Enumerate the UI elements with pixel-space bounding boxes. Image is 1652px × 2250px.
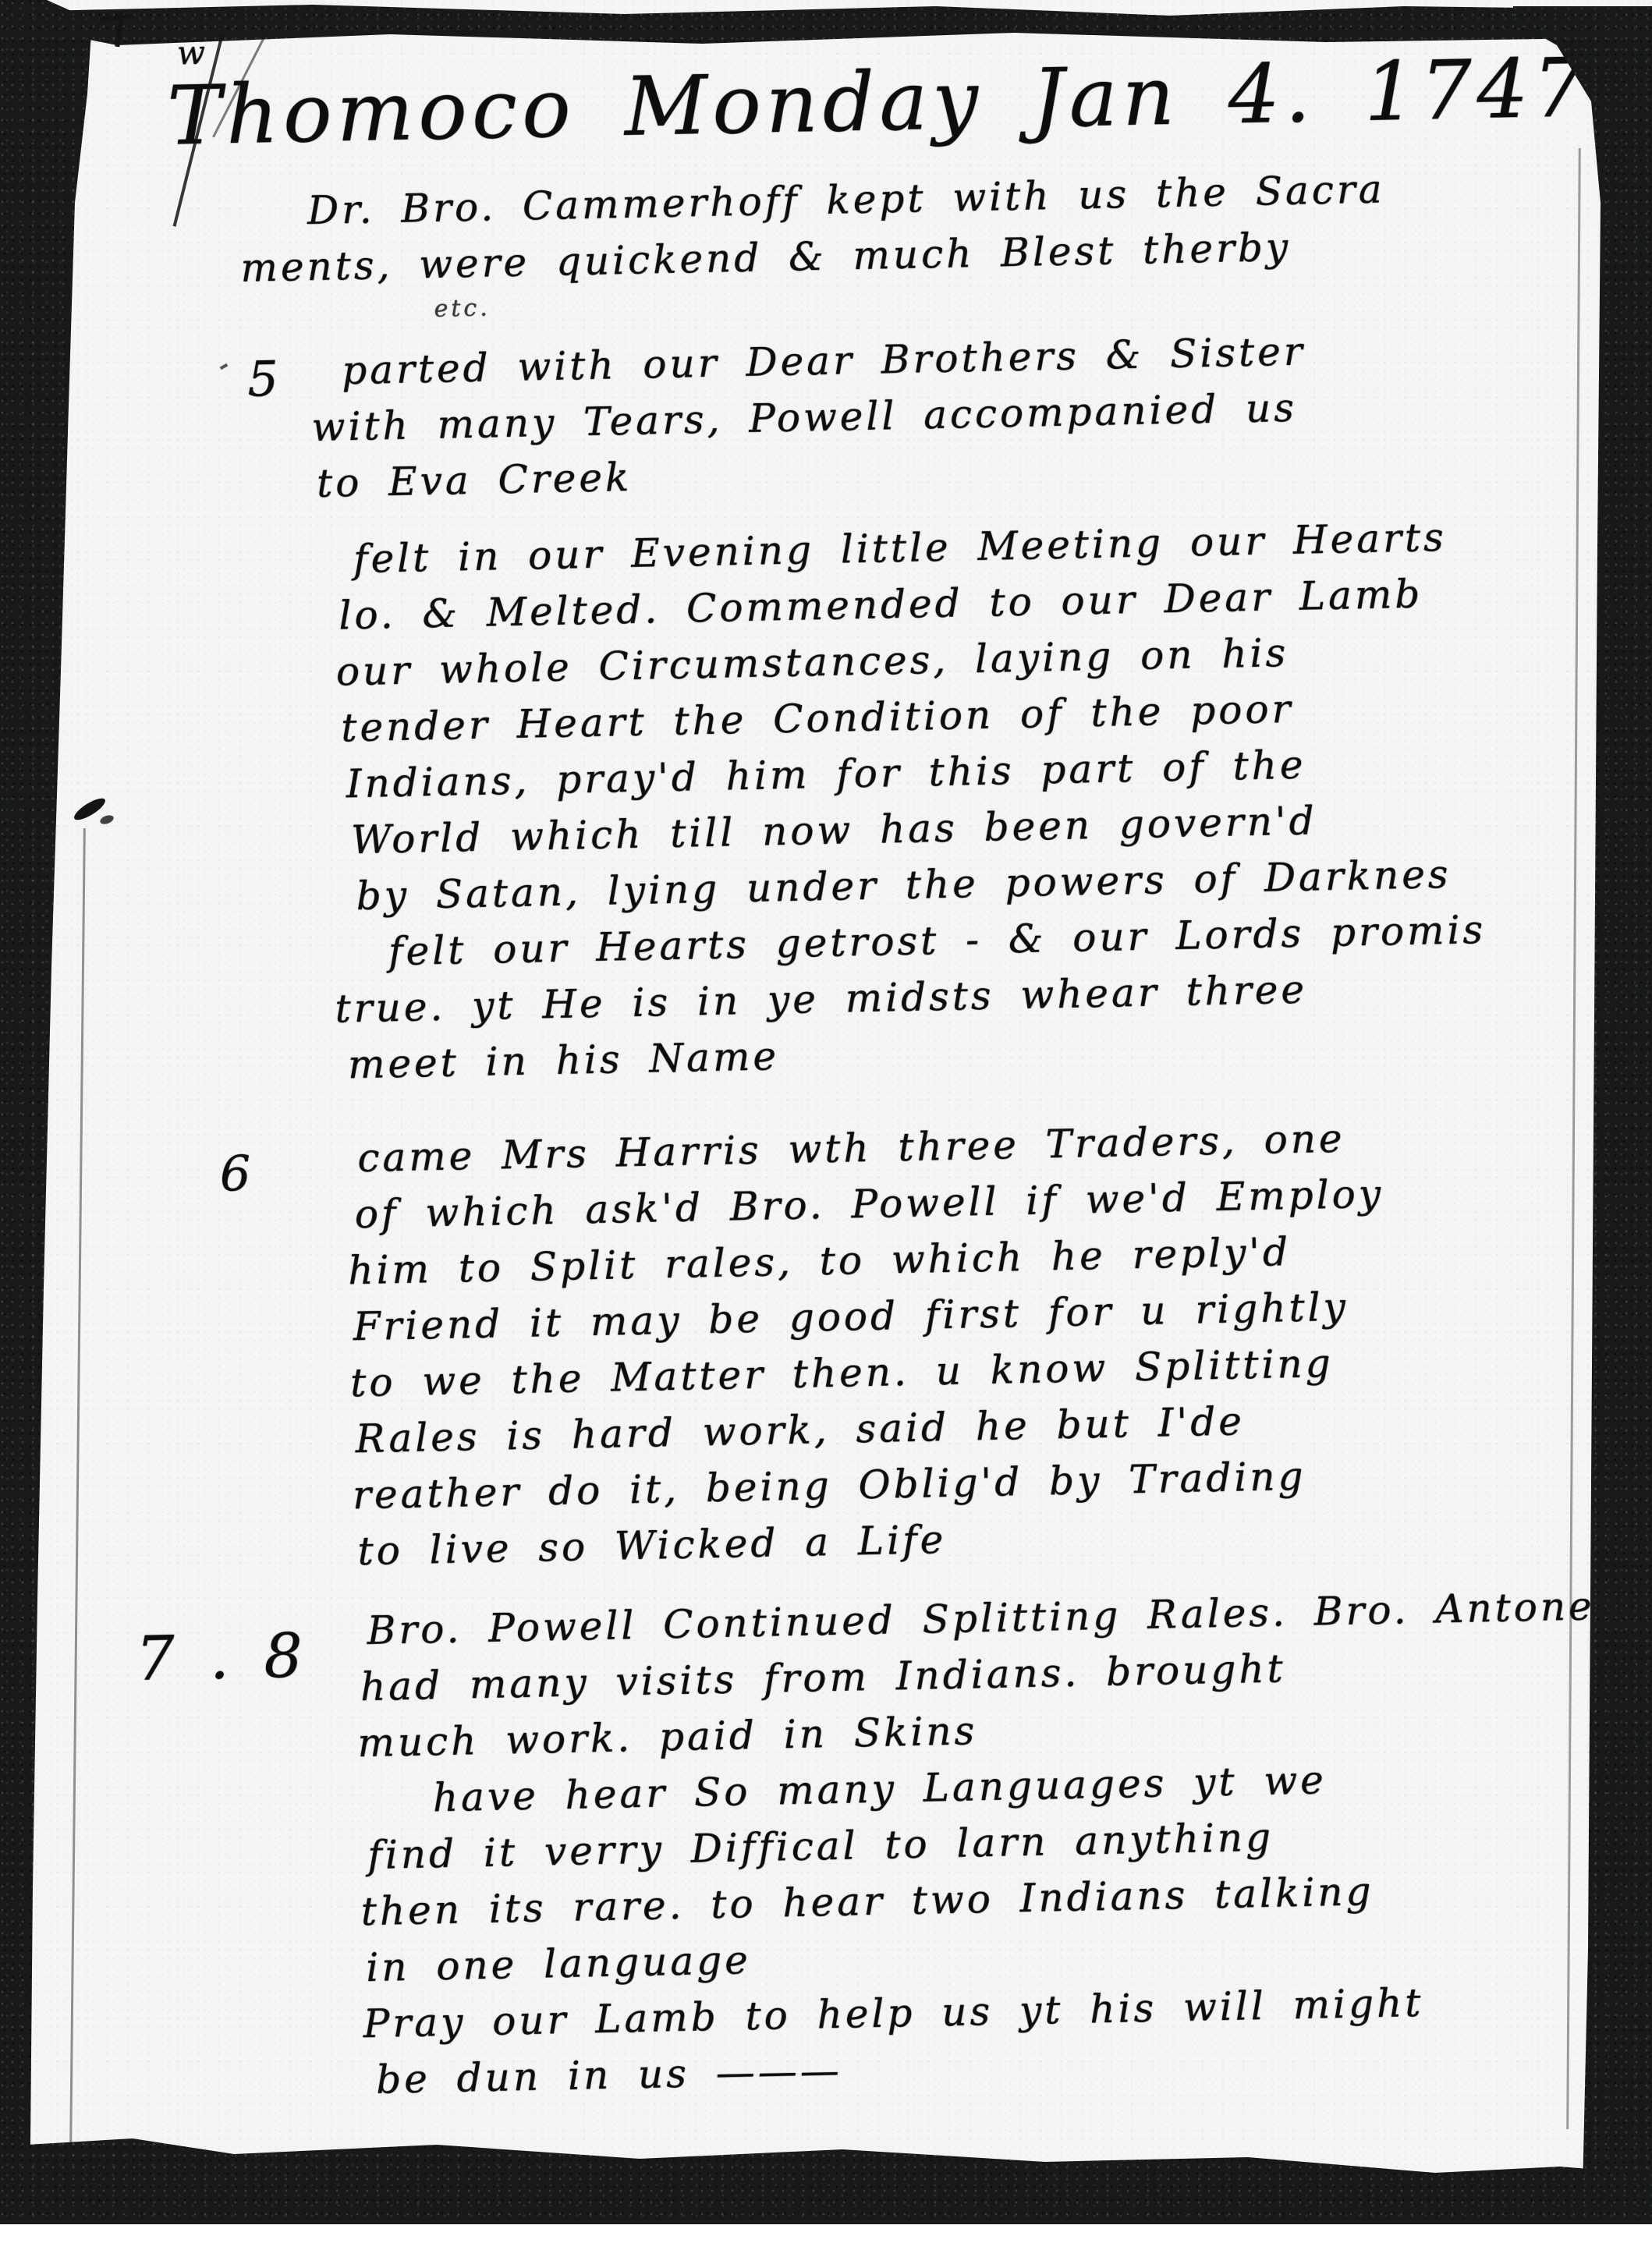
margin-number: 6	[219, 1145, 251, 1203]
margin-number: 5	[247, 350, 279, 408]
paragraph: felt in our Evening little Meeting our H…	[239, 506, 1608, 1095]
scanned-diary-page: w Thomoco Monday Jan 4. 1747 Dr. Bro. Ca…	[0, 0, 1652, 2250]
paragraph: Dr. Bro. Cammerhoff kept with us the Sac…	[232, 157, 1592, 331]
paragraph: 7 . 8Bro. Powell Continued Splitting Ral…	[261, 1578, 1629, 2110]
paragraph: 6came Mrs Harris wth three Traders, oneo…	[252, 1105, 1618, 1582]
manuscript-text: w Thomoco Monday Jan 4. 1747 Dr. Bro. Ca…	[230, 29, 1629, 2110]
margin-number: 7 . 8	[135, 1621, 310, 1694]
paragraph: 5parted with our Dear Brothers & Sisterw…	[236, 317, 1596, 513]
paragraphs: Dr. Bro. Cammerhoff kept with us the Sac…	[232, 157, 1628, 2110]
